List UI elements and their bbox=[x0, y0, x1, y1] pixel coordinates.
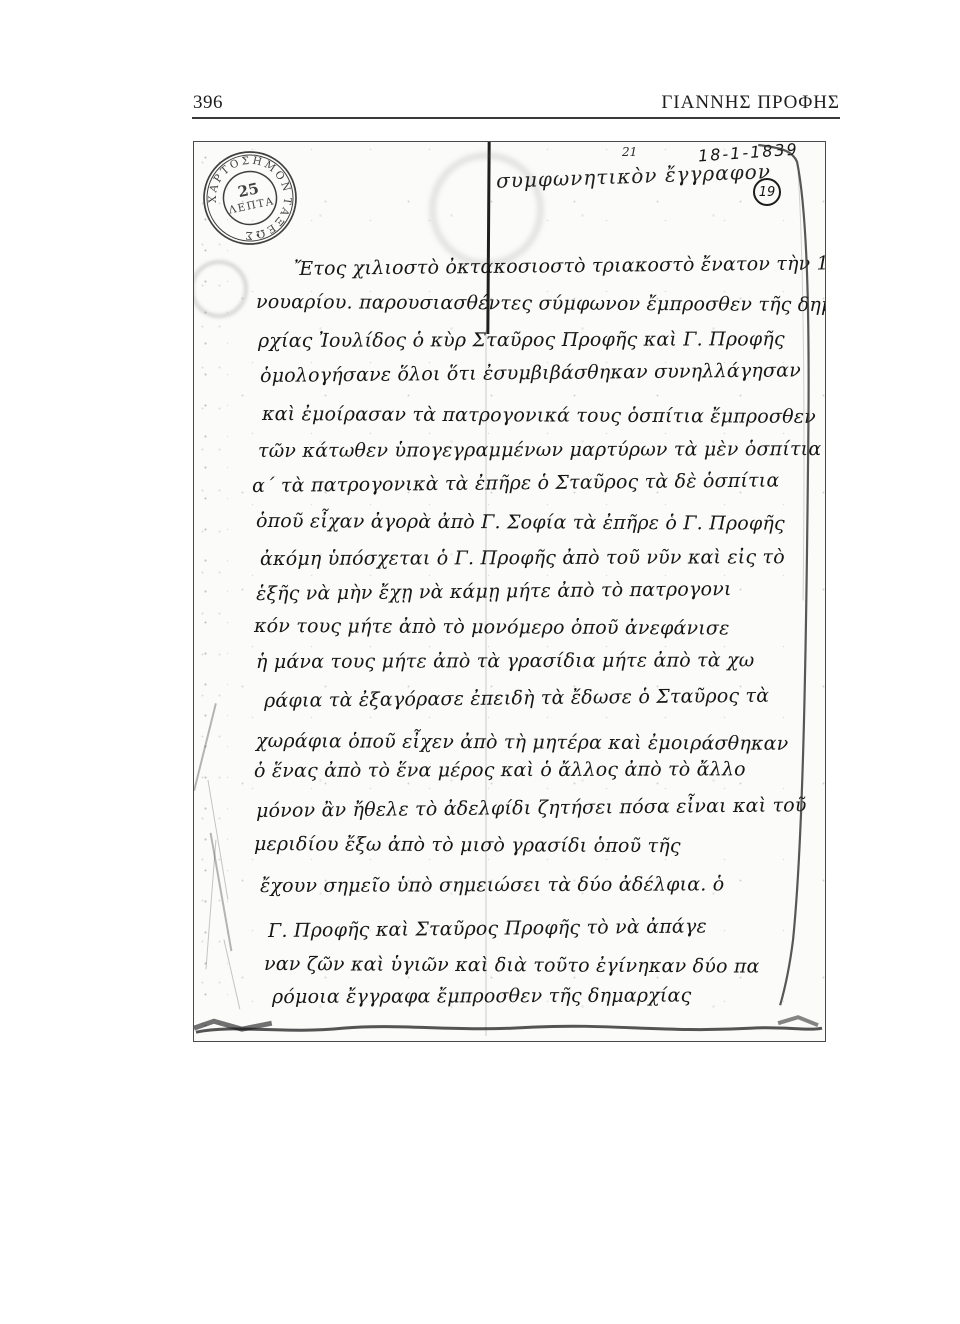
archive-number-badge: 19 bbox=[753, 178, 781, 206]
handwritten-line: ὁποῦ εἶχαν ἀγορὰ ἀπὸ Γ. Σοφία τὰ ἐπῆρε ὁ… bbox=[256, 510, 785, 535]
handwritten-line: ρχίας Ἰουλίδος ὁ κὺρ Σταῦρος Προφῆς καὶ … bbox=[258, 328, 785, 352]
stamp-ghost-impression bbox=[193, 260, 248, 318]
handwritten-line: ρόμοια ἔγγραφα ἔμπροσθεν τῆς δημαρχίας bbox=[272, 985, 691, 1008]
margin-scratch bbox=[210, 833, 232, 951]
document-heading: συμφωνητικὸν ἔγγραφον bbox=[496, 159, 772, 193]
handwritten-line: α΄ τὰ πατρογονικὰ τὰ ἐπῆρε ὁ Σταῦρος τὰ … bbox=[252, 469, 780, 497]
handwritten-line: ἡ μάνα τους μήτε ἀπὸ τὰ γρασίδια μήτε ἀπ… bbox=[256, 649, 755, 673]
margin-scratches bbox=[206, 780, 240, 1009]
handwritten-line: ναν ζῶν καὶ ὑγιῶν καὶ διὰ τοῦτο ἐγίνηκαν… bbox=[264, 953, 760, 978]
handwritten-line: καὶ ἐμοίρασαν τὰ πατρογονικά τους ὁσπίτι… bbox=[262, 403, 816, 428]
page-number: 396 bbox=[193, 92, 223, 114]
document-scan: ΧΑΡΤΟΣΗΜΟΝ ΤΑΞΕΩΣ 25 ΛΕΠΤΑ συμφωνητικὸν … bbox=[193, 141, 826, 1042]
header-rule bbox=[192, 117, 840, 119]
handwritten-line: νουαρίου. παρουσιασθέντες σύμφωνον ἔμπρο… bbox=[256, 291, 826, 316]
margin-scratch bbox=[193, 703, 216, 791]
handwritten-line: ἀκόμη ὑπόσχεται ὁ Γ. Προφῆς ἀπὸ τοῦ νῦν … bbox=[260, 546, 785, 570]
paper-right-edge-echo bbox=[798, 172, 804, 601]
handwritten-line: τῶν κάτωθεν ὑπογεγραμμένων μαρτύρων τὰ μ… bbox=[258, 438, 821, 462]
handwritten-line: ἔχουν σημεῖο ὑπὸ σημειώσει τὰ δύο ἀδέλφι… bbox=[260, 873, 724, 897]
torn-bottom-right bbox=[778, 1017, 818, 1025]
running-head: ΓΙΑΝΝΗΣ ΠΡΟΦΗΣ bbox=[661, 92, 840, 114]
torn-bottom-left bbox=[194, 1021, 272, 1029]
journal-page: 396 ΓΙΑΝΝΗΣ ΠΡΟΦΗΣ ΧΑΡΤΟΣΗΜΟΝ ΤΑΞΕΩΣ 25 bbox=[0, 0, 960, 1324]
archive-number: 19 bbox=[759, 185, 776, 200]
handwritten-line: Γ. Προφῆς καὶ Σταῦρος Προφῆς τὸ νὰ ἀπάγε bbox=[268, 915, 707, 942]
archive-date: 18-1-1839 bbox=[697, 141, 799, 165]
handwritten-line: μεριδίου ἔξω ἀπὸ τὸ μισὸ γρασίδι ὁποῦ τῆ… bbox=[254, 833, 681, 857]
handwritten-line: χωράφια ὁποῦ εἶχεν ἀπὸ τὴ μητέρα καὶ ἐμο… bbox=[256, 730, 788, 755]
handwritten-line: ὁ ἕνας ἀπὸ τὸ ἕνα μέρος καὶ ὁ ἄλλος ἀπὸ … bbox=[254, 758, 746, 782]
revenue-stamp: ΧΑΡΤΟΣΗΜΟΝ ΤΑΞΕΩΣ 25 ΛΕΠΤΑ bbox=[200, 148, 300, 248]
handwritten-line: ράφια τὰ ἐξαγόρασε ἐπειδὴ τὰ ἔδωσε ὁ Στα… bbox=[264, 685, 769, 712]
torn-bottom-edge bbox=[196, 1026, 822, 1032]
heading-superscript-mark: 21 bbox=[622, 145, 637, 159]
handwritten-line: ἑξῆς νὰ μὴν ἔχῃ νὰ κάμῃ μήτε ἀπὸ τὸ πατρ… bbox=[256, 578, 732, 605]
handwritten-line: κόν τους μήτε ἀπὸ τὸ μονόμερο ὁποῦ ἀνεφά… bbox=[254, 615, 730, 639]
handwritten-line: ὁμολογήσανε ὅλοι ὅτι ἐσυμβιβάσθηκαν συνη… bbox=[260, 359, 801, 387]
handwritten-line: μόνον ἂν ἤθελε τὸ ἀδελφίδι ζητήσει πόσα … bbox=[256, 794, 807, 822]
handwritten-line: Ἔτος χιλιοστὸ ὀκτακοσιοστὸ τριακοστὸ ἔνα… bbox=[294, 252, 826, 280]
